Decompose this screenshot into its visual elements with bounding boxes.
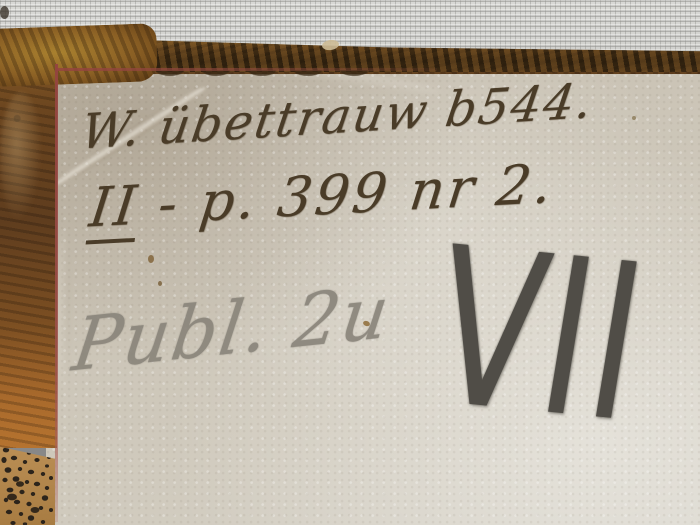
- book-endpaper-photo: W. übettrauw b544. II - p. 399 nr 2. Pub…: [0, 0, 700, 525]
- leather-corner: [0, 23, 158, 87]
- volume-numeral: II: [86, 173, 143, 244]
- fabric-speck: [0, 6, 9, 19]
- red-edge-line-vertical: [55, 64, 58, 522]
- paper-crease: [58, 228, 69, 393]
- paper-speck: [632, 116, 636, 120]
- leather-highlight: [0, 92, 42, 222]
- paper-speck: [148, 255, 154, 263]
- paper-speck: [158, 281, 162, 286]
- red-edge-line-horizontal: [57, 68, 437, 71]
- roman-numeral-shelfmark: VII: [424, 240, 655, 432]
